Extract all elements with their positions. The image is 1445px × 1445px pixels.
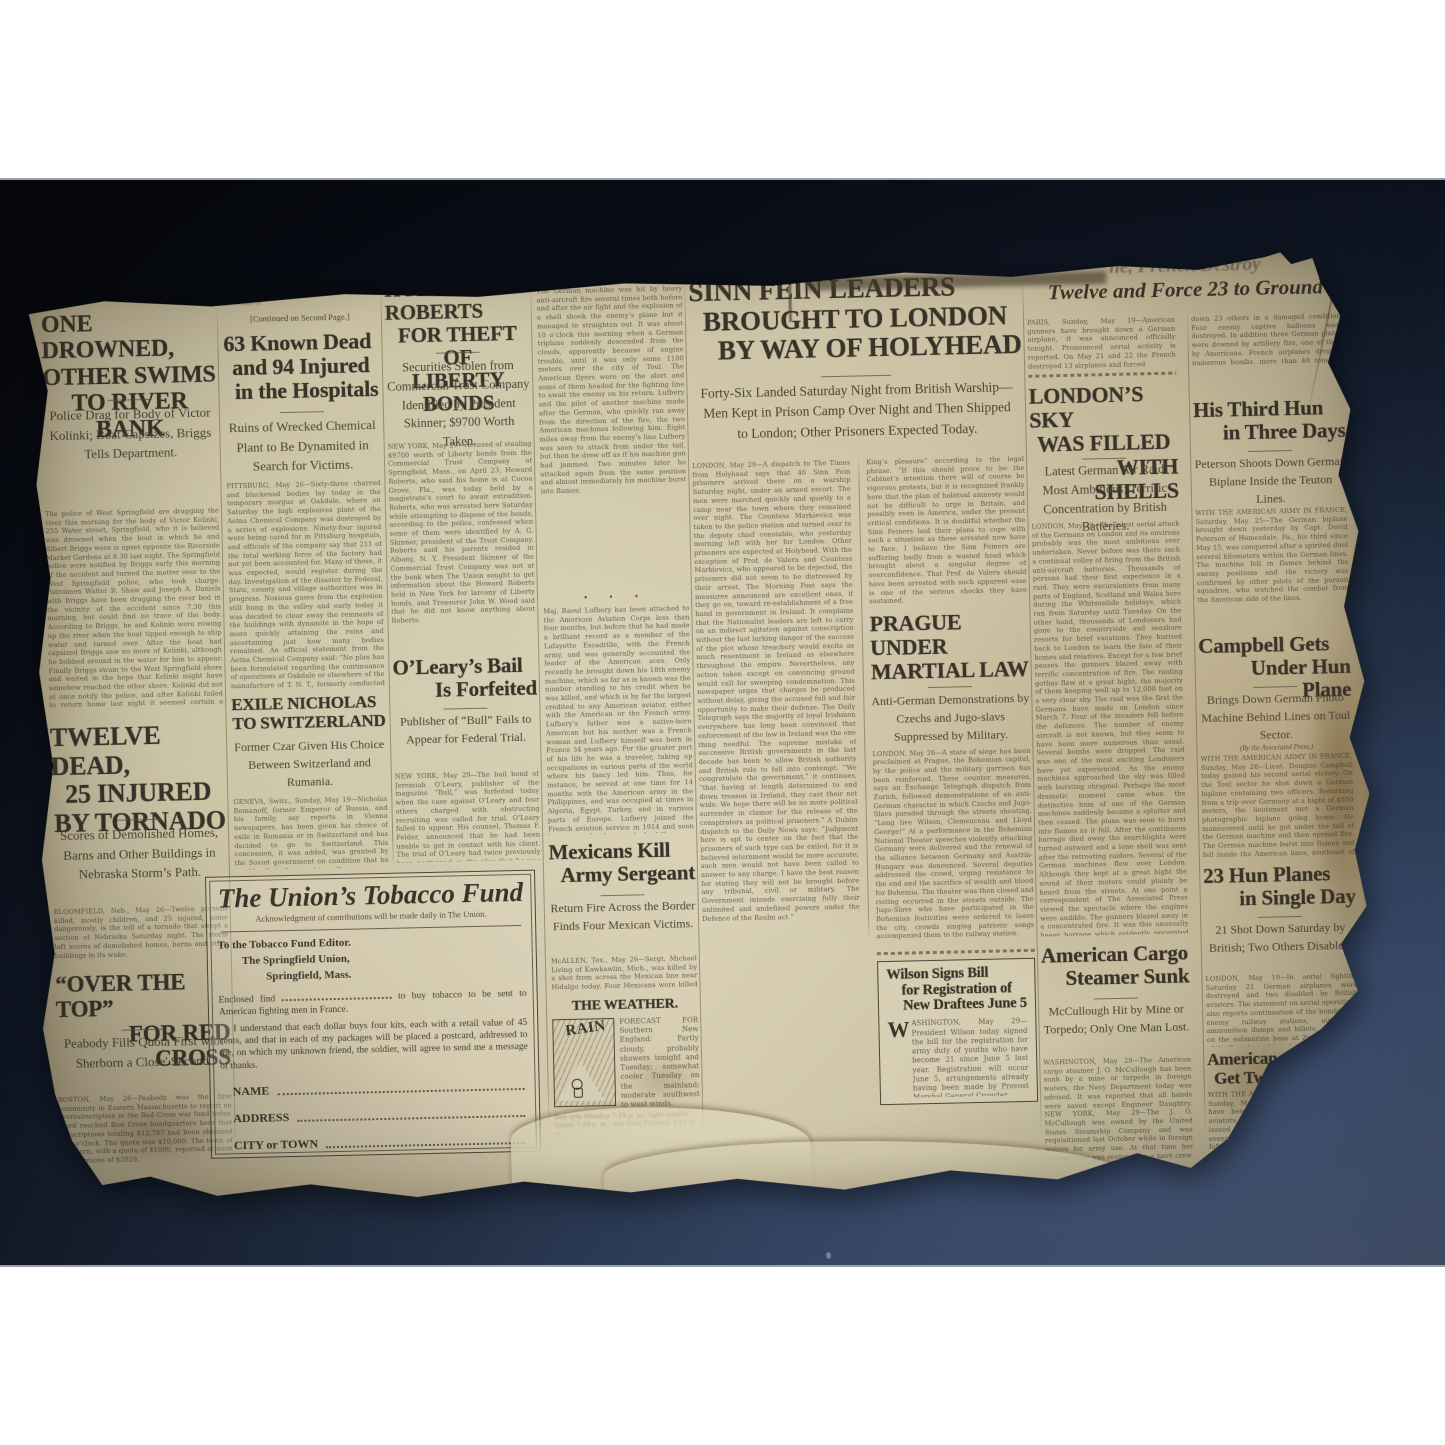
newspaper-wrap: were notified and the men of the old Sec… <box>24 250 1378 1217</box>
top-scrap: part of his machine. <box>536 270 682 285</box>
article-headline: EXILE NICHOLAS TO SWITZERLAND <box>231 693 386 734</box>
article-headline: American Airmen Get Two Hun Planes <box>1207 1048 1360 1089</box>
address-field-row: ADDRESS <box>221 1105 529 1127</box>
article-deck: Former Czar Given His Choice Between Swi… <box>232 735 387 792</box>
article-deck: Brings Down German Photo Machine Behind … <box>1199 688 1352 745</box>
headline-line: Get Two Hun Planes <box>1207 1066 1359 1088</box>
headline-line: PRAGUE UNDER <box>869 609 1028 661</box>
article-headline: His Third Hun in Three Days <box>1193 396 1346 445</box>
city-label: CITY or TOWN <box>234 1136 319 1153</box>
weather-cartoon: RAIN <box>552 1018 616 1107</box>
headline-line: TWELVE DEAD, <box>50 720 225 781</box>
article-deck: Peterson Shoots Down German Biplane Insi… <box>1194 452 1347 509</box>
article-body: Maj. Raoul Lufbery has been attached to … <box>543 604 694 835</box>
rain-label: RAIN <box>564 1018 606 1041</box>
article-body: WITH THE AMERICAN ARMY IN FRANCE, Sunday… <box>1201 752 1355 859</box>
photo-area: were notified and the men of the old Sec… <box>0 178 1445 1267</box>
article-body-right: King’s pleasure” according to the legal … <box>866 455 1027 604</box>
headline-line: HOLD ROBERTS <box>384 276 529 325</box>
article-deck: Scores of Demolished Homes, Barns and Ot… <box>52 822 227 884</box>
weather-title: THE WEATHER. <box>552 996 698 1015</box>
prague-headline: PRAGUE UNDER MARTIAL LAW <box>869 609 1029 685</box>
headline-line: OTHER SWIMS <box>42 361 217 391</box>
product-photo-canvas: were notified and the men of the old Sec… <box>0 0 1445 1445</box>
address-label: ADDRESS <box>233 1110 289 1126</box>
headline-line: Is Forfeited <box>393 677 537 703</box>
coupon-paragraph: I understand that each dollar buys four … <box>219 1016 528 1072</box>
article-deck: Securities Stolen from Commercial Trust … <box>386 356 532 453</box>
article-headline: O’Leary’s Bail Is Forfeited <box>392 654 537 703</box>
column-6: PARIS, Sunday, May 19—American gunners h… <box>1026 254 1194 1195</box>
column-4: part of his machine. The German machine … <box>536 264 702 1205</box>
prague-body: LONDON, May 26—A state of siege has been… <box>872 746 1034 945</box>
article-body-left: LONDON, May 29—A dispatch to The Times f… <box>692 459 865 1144</box>
headline-line: MARTIAL LAW <box>870 657 1028 685</box>
article-deck: 21 Shot Down Saturday by British; Two Ot… <box>1204 918 1357 957</box>
headline-line: “OVER THE TOP” <box>55 968 230 1022</box>
article-body: The police of West Springfield are dragg… <box>45 506 223 710</box>
article-body: down 23 others in a damaged condition. F… <box>1191 312 1344 365</box>
article-headline: Mexicans Kill Army Sergeant <box>548 838 695 887</box>
article-body: NEW YORK, May 29—The bail bond of Jeremi… <box>395 770 541 863</box>
article-body: NEW YORK, May 29—Accused of stealing $97… <box>388 440 536 649</box>
article-body: PITTSBURG, May 26—Sixty-three charred an… <box>226 479 385 690</box>
article-body: WASHINGTON, May 29—The American cargo st… <box>1043 1055 1193 1160</box>
article-body: BLOOMFIELD, Neb., May 26—Twelve persons … <box>54 904 229 966</box>
headline-line: in Single Day <box>1204 885 1356 911</box>
city-field-row: CITY or TOWN <box>222 1132 530 1154</box>
blue-speck <box>826 1252 831 1259</box>
article-deck: McCullough Hit by Mine or Torpedo; Only … <box>1042 999 1191 1038</box>
sinn-fein-block: SINN FEIN LEADERS BROUGHT TO LONDON BY W… <box>688 257 1040 1202</box>
wilson-body: ASHINGTON, May 29—President Wilson today… <box>911 1017 1029 1098</box>
soldier-figure-body <box>574 1088 583 1098</box>
wavy-rule <box>1028 372 1176 378</box>
article-body: PARIS, Sunday, May 19—American gunners h… <box>1027 316 1176 371</box>
top-scrap: were notified and the men of the old Sec… <box>40 285 214 309</box>
address-blank <box>297 1107 525 1122</box>
article-deck: Return Fire Across the Border Finds Four… <box>550 896 697 935</box>
divider <box>221 925 521 933</box>
wilson-body-wrap: W ASHINGTON, May 29—President Wilson tod… <box>887 1017 1029 1098</box>
article-deck: Police Drag for Body of Victor Kolinki; … <box>43 402 218 464</box>
article-body: LONDON, May 19—In aerial fighting Saturd… <box>1205 972 1359 1047</box>
coupon-text: Enclosed find <box>219 994 276 1005</box>
headline-line: in Three Days <box>1193 419 1345 445</box>
tobacco-fund-box: The Union’s Tobacco Fund Acknowledgment … <box>205 870 541 1159</box>
headline-line: Army Sergeant <box>549 861 695 887</box>
forecast-text: FORECAST FOR Southern New England: Partl… <box>619 1016 700 1108</box>
headline-line: BY WAY OF HOLYHEAD <box>689 330 1022 367</box>
column-1: were notified and the men of the old Sec… <box>40 275 234 1217</box>
article-body: BOSTON, May 26—Peabody was the first com… <box>58 1092 234 1172</box>
drop-cap: W <box>887 1021 909 1040</box>
name-field-row: NAME <box>221 1078 529 1100</box>
article-deck: Forty-Six Landed Saturday Night from Bri… <box>690 377 1023 445</box>
city-blank <box>326 1134 526 1148</box>
article-headline: 63 Known Dead and 94 Injured in the Hosp… <box>223 329 379 405</box>
article-deck: Peabody Fills Quota First with Sherborn … <box>56 1030 231 1073</box>
article-body: The German machine was hit by heavy anti… <box>536 284 689 589</box>
article-headline: SINN FEIN LEADERS BROUGHT TO LONDON BY W… <box>688 271 1022 367</box>
headline-line: ONE DROWNED, <box>41 309 216 366</box>
section-divider-stars: • • • <box>543 590 689 603</box>
wavy-rule <box>877 948 1035 954</box>
column-7: down 23 others in a damaged condition. F… <box>1190 250 1362 1191</box>
coupon-paragraph: Enclosed find to buy tobacco to be sent … <box>219 986 528 1019</box>
continued-note: [Continued on Second Page.] <box>223 311 377 324</box>
wilson-headline: Wilson Signs Bill for Registration of Ne… <box>886 965 1027 1016</box>
sub-column-right: King’s pleasure” according to the legal … <box>866 455 1038 1106</box>
article-body: GENEVA, Switz., Sunday, May 19—Nicholas … <box>233 795 389 870</box>
article-deck: Publisher of “Bull” Fails to Appear for … <box>393 710 538 749</box>
headline-line: American Airmen <box>1207 1048 1359 1070</box>
article-deck: Ruins of Wrecked Chemical Plant to Be Dy… <box>225 415 380 477</box>
rule <box>928 686 972 688</box>
weather-block: RAIN FORECAST FOR Southern New England: … <box>552 1016 700 1109</box>
headline-line: TO SWITZERLAND <box>231 712 385 734</box>
article-body: WITH THE AMERICAN ARMY IN FRANCE, Sunday… <box>1208 1088 1362 1165</box>
article-headline: American Cargo Steamer Sunk <box>1041 941 1190 990</box>
name-blank <box>277 1080 524 1095</box>
headline-line: Steamer Sunk <box>1041 964 1189 990</box>
wilson-bill-box: Wilson Signs Bill for Registration of Ne… <box>877 957 1038 1105</box>
headline-line: New Draftees June 5 <box>887 996 1027 1015</box>
top-scrap: work on the battlefield were that able h… <box>222 279 377 310</box>
article-body: LONDON, May 20—The latest aerial attack … <box>1031 520 1188 937</box>
article-headline: 23 Hun Planes in Single Day <box>1203 862 1356 911</box>
name-label: NAME <box>233 1083 270 1099</box>
article-body: WITH THE AMERICAN ARMY IN FRANCE, Saturd… <box>1195 506 1349 617</box>
article-body: McALLEN, Tex., May 26—Sergt. Michael Liv… <box>551 954 698 993</box>
fill-in-blank <box>281 989 391 1001</box>
headline-line: LONDON’S SKY <box>1028 382 1177 434</box>
prague-deck: Anti-German Demonstrations by Czechs and… <box>871 688 1030 745</box>
newspaper-page: were notified and the men of the old Sec… <box>24 250 1378 1217</box>
headline-line: in the Hospitals <box>224 377 378 405</box>
